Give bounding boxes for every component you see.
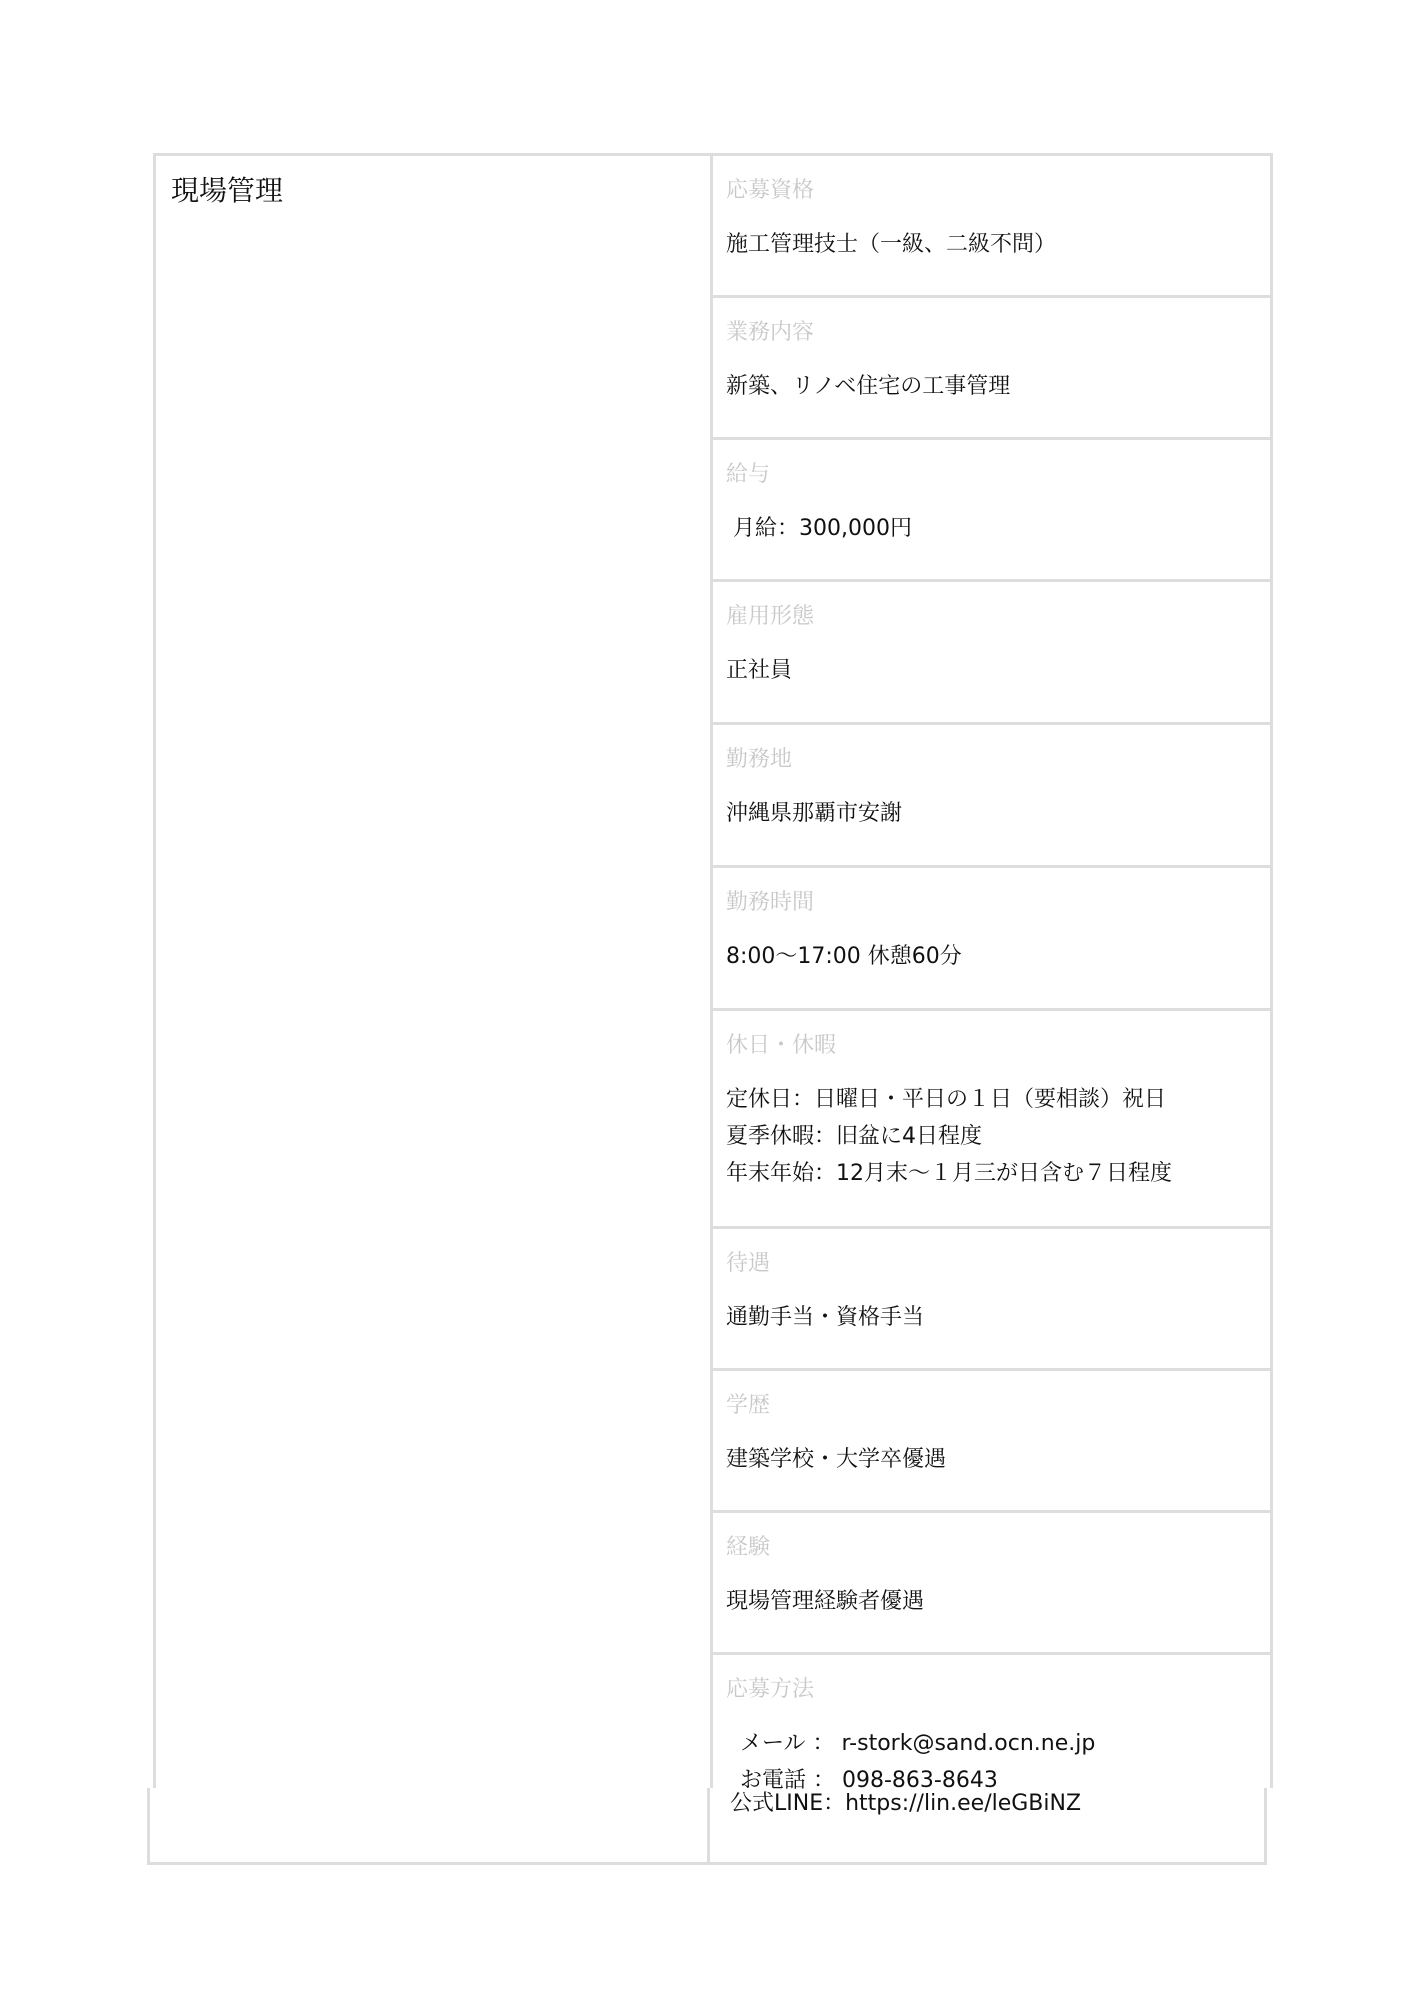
field-qualification: 応募資格 施工管理技士（一級、二級不問） <box>713 156 1270 298</box>
field-employment-type: 雇用形態 正社員 <box>713 582 1270 725</box>
column-divider <box>707 1788 710 1862</box>
field-value: 月給：300,000円 <box>726 510 912 547</box>
field-value: 建築学校・大学卒優遇 <box>726 1441 946 1478</box>
field-label: 勤務時間 <box>726 888 814 918</box>
field-label: 給与 <box>726 460 770 490</box>
field-label: 待遇 <box>726 1249 770 1279</box>
field-label: 雇用形態 <box>726 602 814 632</box>
field-label: 勤務地 <box>726 745 792 775</box>
job-details: 応募資格 施工管理技士（一級、二級不問） 業務内容 新築、リノベ住宅の工事管理 … <box>713 156 1270 1800</box>
apply-email[interactable]: メール ： r-stork@sand.ocn.ne.jp <box>726 1725 1095 1762</box>
field-experience: 経験 現場管理経験者優遇 <box>713 1513 1270 1655</box>
field-label: 応募資格 <box>726 176 814 206</box>
field-duties: 業務内容 新築、リノベ住宅の工事管理 <box>713 298 1270 440</box>
job-title: 現場管理 <box>171 174 283 208</box>
field-working-hours: 勤務時間 8:00〜17:00 休憩60分 <box>713 868 1270 1011</box>
field-benefits: 待遇 通勤手当・資格手当 <box>713 1229 1270 1371</box>
field-value: 正社員 <box>726 652 792 689</box>
job-table-continued: 公式LINE：https://lin.ee/leGBiNZ <box>147 1788 1267 1865</box>
field-salary: 給与 月給：300,000円 <box>713 440 1270 582</box>
field-location: 勤務地 沖縄県那覇市安謝 <box>713 725 1270 868</box>
field-value: 新築、リノベ住宅の工事管理 <box>726 368 1010 405</box>
field-label: 休日・休暇 <box>726 1031 836 1061</box>
field-value-line: 夏季休暇：旧盆に4日程度 <box>726 1118 982 1155</box>
field-value-line: 年末年始：12月末〜１月三が日含む７日程度 <box>726 1155 1172 1192</box>
field-value: 8:00〜17:00 休憩60分 <box>726 938 962 975</box>
field-value: 沖縄県那覇市安謝 <box>726 795 902 832</box>
field-label: 業務内容 <box>726 318 814 348</box>
field-label: 学歴 <box>726 1391 770 1421</box>
field-label: 応募方法 <box>726 1675 814 1705</box>
field-holidays: 休日・休暇 定休日：日曜日・平日の１日（要相談）祝日 夏季休暇：旧盆に4日程度 … <box>713 1011 1270 1229</box>
field-education: 学歴 建築学校・大学卒優遇 <box>713 1371 1270 1513</box>
field-value: 施工管理技士（一級、二級不問） <box>726 226 1056 263</box>
field-label: 経験 <box>726 1533 770 1563</box>
field-value-line: 定休日：日曜日・平日の１日（要相談）祝日 <box>726 1081 1166 1118</box>
field-how-to-apply: 応募方法 メール ： r-stork@sand.ocn.ne.jp お電話 ： … <box>713 1655 1270 1800</box>
field-value: 通勤手当・資格手当 <box>726 1299 924 1336</box>
job-title-cell: 現場管理 <box>156 156 713 1788</box>
apply-line-link[interactable]: 公式LINE：https://lin.ee/leGBiNZ <box>730 1785 1081 1822</box>
job-table: 現場管理 応募資格 施工管理技士（一級、二級不問） 業務内容 新築、リノベ住宅の… <box>153 153 1273 1788</box>
field-value: 現場管理経験者優遇 <box>726 1583 924 1620</box>
